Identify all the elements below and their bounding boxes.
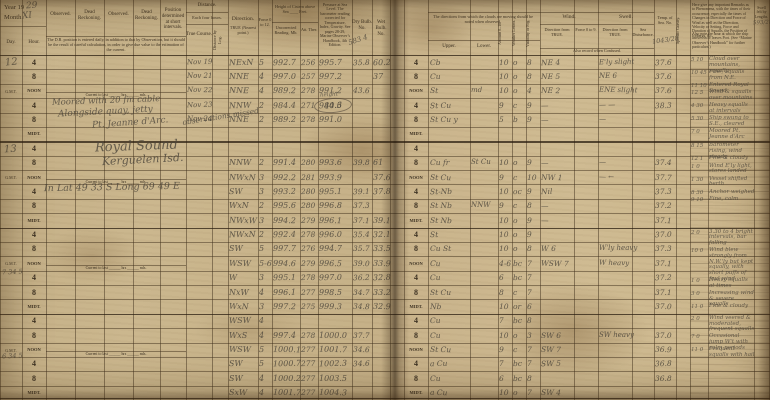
log-entry-att: 280: [301, 158, 315, 167]
header-uncorrected: Uncorrected Reading. Mb.: [272, 26, 300, 36]
log-entry-force: 4: [259, 331, 264, 340]
log-entry-dir: NNW: [229, 158, 251, 167]
log-entry-vis: 8: [527, 201, 532, 210]
log-entry-baro: 1001.7: [273, 388, 301, 398]
log-entry-sea: 37.6: [655, 57, 672, 66]
grid-line: [392, 386, 770, 387]
log-entry-pres: 997.0: [319, 273, 342, 283]
header-swell-direction: Direction from TRUE.: [598, 28, 632, 38]
log-entry-upper: Nb: [430, 302, 442, 311]
log-entry-force: 3: [259, 187, 264, 196]
log-entry-swell: NE 6: [599, 72, 617, 80]
header-distance: Distance.: [186, 3, 228, 9]
grid-line: [0, 242, 392, 243]
hour-label: 8: [22, 244, 46, 253]
remark-time: 4 30: [691, 103, 707, 109]
day2-annotation: 13: [4, 144, 17, 156]
header-clouds-lower: Lower.: [470, 44, 498, 50]
log-entry-wind: —: [541, 158, 549, 167]
log-entry-upper: a Cu: [430, 388, 448, 397]
log-entry-force: 4: [259, 316, 264, 325]
hour-label: 8: [22, 158, 46, 167]
log-entry-dir: NWxN: [229, 230, 256, 240]
grid-line: [0, 0, 1, 400]
log-entry-lower: md: [471, 86, 482, 94]
log-entry-baro: 984.4: [273, 100, 296, 110]
log-entry-amt: 6: [499, 273, 504, 282]
page-binding: [381, 0, 409, 400]
log-entry-pres: 994.7: [319, 244, 342, 253]
remark-text: Anchor weighed: [709, 190, 755, 196]
grid-line: [46, 265, 186, 266]
log-entry-wx: c: [513, 288, 517, 297]
remark-text: Fine & cloudy: [709, 304, 755, 310]
log-entry-pres: 1000.0: [319, 331, 347, 340]
log-entry-dir: SW: [229, 187, 243, 196]
log-entry-upper: a Cu: [430, 359, 448, 368]
log-entry-wind: NE 4: [541, 57, 560, 66]
log-entry-dry: 43.6: [353, 86, 370, 95]
log-entry-amt: 7: [499, 316, 504, 325]
log-entry-pres: 996.0: [319, 230, 342, 240]
header-wind: Wind.: [540, 14, 598, 20]
header-confused-note: Also record when Confused.: [540, 49, 654, 54]
log-entry-dry: 34.8: [353, 302, 370, 311]
grid-line: [0, 285, 392, 286]
remark-text: Heavy squalls at intervals: [709, 103, 755, 115]
hour-label: NOON: [22, 88, 46, 93]
grid-line: [0, 343, 392, 344]
log-entry-upper: Cu: [430, 259, 441, 268]
header-dr-note: The D.R. position is entered daily, in a…: [47, 38, 185, 52]
hour-label: NOON: [22, 347, 46, 352]
log-entry-upper: St: [430, 230, 438, 239]
remark-time: 3 0: [691, 291, 707, 297]
log-entry-dir: SW: [229, 374, 243, 383]
log-entry-dir: W: [229, 273, 237, 282]
log-entry-upper: St Nb: [430, 201, 452, 210]
log-entry-wx: o: [513, 72, 518, 81]
log-entry-swell: —: [599, 115, 606, 123]
log-entry-sea: 37.0: [655, 230, 672, 239]
log-entry-force: 4: [259, 388, 264, 397]
remark-text: Fine, calm: [709, 197, 755, 203]
grid-line: [392, 213, 770, 214]
log-entry-amt: 6: [499, 374, 504, 383]
remark-text: Heavy squalls at times: [709, 278, 755, 290]
log-entry-vis: 7: [527, 273, 532, 282]
log-entry-upper: St Cu: [430, 345, 451, 354]
log-entry-amt: 10: [499, 72, 509, 81]
log-entry-baro: 1000.7: [273, 359, 301, 369]
grid-line: [186, 12, 228, 13]
log-entry-vis: 3: [527, 331, 532, 340]
remark-time: 12 1: [691, 156, 707, 162]
log-entry-swell: — —: [599, 100, 615, 108]
log-entry-vis: 9: [527, 101, 532, 110]
log-entry-baro: 995.6: [273, 201, 296, 210]
header-temp-sea: Temp. of Sea. No.: [654, 16, 676, 26]
log-entry-wx: or: [513, 302, 521, 311]
log-entry-wx: c: [513, 345, 517, 354]
log-entry-force: 5: [259, 359, 264, 368]
log-entry-wind: W 6: [541, 244, 556, 253]
log-entry-vis: 6: [527, 302, 532, 311]
log-entry-force: 4: [259, 374, 264, 383]
header-wind-force: Force 0 to 9.: [574, 28, 598, 33]
log-entry-baro: 996.1: [273, 288, 296, 297]
hour-label: 4: [22, 230, 46, 239]
log-entry-att: 256: [301, 57, 316, 66]
hour-label: MIDT.: [22, 390, 46, 395]
log-entry-sea: 37.3: [655, 187, 672, 196]
grid-line: [392, 398, 770, 399]
log-entry-vis: 4: [527, 86, 532, 95]
log-entry-vis: 9: [527, 158, 532, 167]
grid-line: [272, 22, 318, 23]
log-entry-wx: o: [513, 57, 518, 66]
remark-time: 11 10: [691, 83, 707, 89]
log-entry-lower: St Cu: [471, 158, 491, 166]
grid-line: [46, 0, 47, 400]
log-entry-sea: 36.8: [655, 374, 672, 383]
log-entry-wind: SW 6: [541, 331, 561, 340]
hour-label: MIDT.: [22, 218, 46, 223]
log-entry-att: 278: [301, 230, 316, 239]
header-att-ther: Att. Ther.: [300, 28, 318, 33]
log-entry-swell: ENE slight: [599, 86, 638, 95]
header-dr-lat: Dead Reckoning.: [75, 10, 104, 22]
current-note: Current to last ______ hrs ______ mls.: [48, 266, 184, 270]
remark-time: 2 0: [691, 316, 707, 322]
grid-line: [0, 156, 392, 157]
log-entry-att: 277: [301, 388, 316, 397]
log-entry-baro: 991.4: [273, 158, 296, 167]
log-entry-att: 276: [301, 244, 315, 253]
grid-line: [0, 299, 392, 300]
header-weather-letters: Weather Letters.: [512, 14, 526, 52]
log-entry-force: 4: [259, 288, 264, 297]
remark-text: Wind E'ly light, stores landed: [709, 164, 755, 176]
header-each-four-hours: Each four hours.: [186, 15, 228, 20]
log-entry-dir: SW: [229, 359, 243, 368]
log-entry-vis: 10: [527, 172, 537, 181]
hour-label: 4: [22, 273, 46, 282]
log-entry-vis: 9: [527, 115, 532, 124]
hour-column-label: Hour.: [22, 40, 46, 46]
remark-time: 1 0: [691, 164, 707, 170]
log-entry-pres: 1002.3: [319, 359, 347, 369]
log-entry-amt: 5: [499, 115, 504, 124]
log-entry-pres: 999.3: [319, 302, 342, 312]
header-observed-long: Observed.: [104, 12, 133, 18]
log-entry-dir: WSW: [229, 259, 251, 268]
log-entry-amt: 9: [499, 172, 504, 181]
remark-text: Moored Pt. Jeanne d'Arc: [709, 129, 755, 141]
log-entry-upper: Cu St: [430, 244, 451, 253]
log-entry-upper: Cu: [430, 316, 441, 325]
right-page: The directions from which the clouds are…: [392, 0, 770, 400]
log-entry-vis: 9: [527, 187, 532, 196]
log-entry-wind: —: [541, 216, 549, 225]
log-entry-wx: o: [513, 388, 518, 397]
log-entry-baro: 1000.1: [273, 345, 301, 355]
log-entry-sea: 37.4: [655, 158, 672, 167]
log-entry-upper: St Nb: [430, 215, 452, 224]
log-entry-sea: 36.9: [655, 345, 672, 354]
remark-text: Wind & squalls over mountains: [709, 90, 755, 102]
log-entry-dry: 35.4: [353, 230, 370, 239]
log-entry-dir: SxW: [229, 388, 247, 397]
grid-line: [0, 314, 392, 315]
header-remarks-note2: Also note the hour at which the ship arr…: [692, 32, 752, 50]
hour-label: 4: [22, 316, 46, 325]
log-entry-dry: 34.6: [353, 359, 370, 368]
log-entry-att: 279: [301, 215, 316, 224]
log-entry-sea: 37.3: [655, 244, 672, 253]
log-entry-att: 277: [301, 345, 316, 354]
day1-annotation: 12: [4, 56, 18, 68]
log-entry-vis: 8: [527, 374, 532, 383]
header-barometer: Height of Cistern above Sea ____ Feet.: [272, 5, 318, 15]
log-entry-wind: SW 5: [541, 359, 561, 368]
remark-time: 1 0: [691, 278, 707, 284]
log-entry-dry: 39.1: [353, 187, 370, 196]
gmt3-annotation: 7 34 5: [2, 267, 23, 276]
grid-line: [0, 170, 392, 171]
log-entry-dry: 36.2: [353, 273, 370, 282]
log-entry-force: 4: [259, 86, 264, 95]
log-entry-wx: oc: [513, 187, 522, 196]
log-entry-baro: 994.6: [273, 258, 296, 268]
grid-line: [46, 351, 186, 352]
log-entry-force: 2: [259, 101, 264, 110]
grid-line: [0, 84, 392, 85]
header-cloud-amount: Amount 0–10.: [498, 14, 512, 52]
log-entry-att: 278: [301, 331, 315, 340]
grid-line: [540, 12, 654, 13]
remark-text: 3.30 to 4 bright intervals, bar falling: [709, 230, 755, 247]
log-entry-wind: —: [541, 115, 549, 124]
log-entry-sea: 37.2: [655, 201, 672, 210]
grid-line: [46, 36, 186, 37]
log-entry-amt: 9: [499, 345, 504, 354]
log-entry-dir: NExN: [229, 57, 254, 67]
log-entry-baro: 992.4: [273, 230, 296, 240]
remark-text: Ship swung to S.E., cleared: [709, 116, 755, 128]
log-entry-swell: W heavy: [599, 258, 629, 267]
log-entry-upper: St Cu: [430, 100, 451, 109]
hour-label: 4: [22, 187, 46, 196]
hour-label: 4: [22, 359, 46, 368]
header-dry-bulb: Dry Bulb. No.: [352, 20, 372, 32]
log-entry-upper: Cu: [430, 273, 441, 282]
log-entry-baro: 993.2: [273, 187, 296, 197]
hour-label: NOON: [22, 175, 46, 180]
log-entry-att: 280: [301, 187, 316, 196]
log-entry-baro: 995.1: [273, 273, 296, 283]
grid-line: [133, 0, 134, 400]
grid-line: [392, 371, 770, 372]
log-entry-wind: SW 7: [541, 345, 561, 354]
log-entry-dir: NxW: [229, 288, 249, 297]
log-entry-pres: 995.1: [319, 187, 342, 197]
log-entry-force: 5-6: [259, 259, 272, 268]
log-entry-pres: 996.8: [319, 201, 342, 210]
remark-text: Vessel shifted berth: [709, 177, 755, 189]
hour-label: 4: [22, 144, 46, 153]
log-entry-force: 5: [259, 345, 264, 354]
log-entry-dir: WSW: [229, 345, 251, 354]
grid-line: [186, 24, 228, 25]
log-entry-upper: St: [430, 86, 438, 95]
logbook-scan: Year 19 Month Day. Hour. Observed. Dead …: [0, 0, 770, 400]
grid-line: [160, 0, 161, 400]
grid-line: [428, 40, 540, 41]
log-entry-baro: 992.7: [273, 57, 296, 67]
log-entry-att: 277: [301, 288, 315, 297]
log-entry-dir: NWxW: [229, 215, 257, 225]
log-entry-sea: 37.0: [655, 302, 672, 311]
log-entry-swell: E'ly slight: [599, 57, 635, 66]
remark-time: 5 30: [691, 116, 707, 122]
log-entry-pres: 1004.3: [319, 388, 347, 398]
header-visibility: Visibility or Fog.: [526, 14, 540, 52]
log-entry-course: Nov 19: [187, 57, 213, 66]
log-entry-pres: 996.1: [319, 215, 342, 225]
log-entry-wind: Nil: [541, 187, 553, 196]
log-entry-dry: 34.7: [353, 288, 370, 297]
log-entry-dir: WxN: [229, 302, 249, 311]
log-entry-amt: 10: [499, 302, 509, 311]
log-entry-swell: W'ly heavy: [599, 244, 637, 252]
grid-line: [428, 12, 540, 13]
grid-line: [0, 328, 392, 329]
log-entry-amt: 9: [499, 201, 504, 210]
grid-line: [0, 127, 392, 128]
log-entry-baro: 997.4: [273, 331, 296, 340]
log-entry-sea: 36.8: [655, 359, 672, 368]
log-entry-vis: 7: [527, 359, 532, 368]
log-entry-amt: 10: [499, 86, 509, 95]
log-entry-amt: 9: [499, 101, 504, 110]
gmt-label: G.M.T.: [0, 89, 22, 94]
log-entry-att: 278: [301, 86, 316, 95]
hour-label: 8: [22, 331, 46, 340]
log-entry-vis: 8: [527, 57, 532, 66]
grid-line: [0, 271, 392, 272]
log-entry-dry: 34.6: [353, 345, 370, 354]
remark-time: 11 0: [691, 347, 707, 353]
log-entry-swell: SW heavy: [599, 331, 634, 339]
header-swell: Swell.: [598, 14, 654, 20]
log-entry-wx: o: [513, 244, 518, 253]
log-entry-vis: 9: [527, 230, 532, 239]
log-entry-sea: 37.1: [655, 288, 672, 297]
log-entry-sea: 37.6: [655, 72, 672, 81]
log-entry-amt: 4-6: [499, 259, 511, 268]
log-entry-baro: 997.2: [273, 302, 296, 312]
log-entry-att: 277: [301, 374, 315, 383]
header-swell-disturbance: Sea Disturbance.: [632, 28, 654, 38]
remark-time: 8 15: [691, 143, 707, 149]
log-entry-upper: Cu fr: [430, 158, 449, 167]
remark-text: Wind veered & moderated, frequent squall…: [709, 316, 755, 333]
log-entry-dry: 39.0: [353, 259, 370, 268]
log-entry-baro: 997.0: [273, 72, 296, 81]
log-entry-wx: o: [513, 86, 518, 95]
log-entry-vis: 8: [527, 244, 532, 253]
log-entry-pres: 993.9: [319, 172, 342, 182]
log-entry-sea: 37.2: [655, 273, 672, 282]
header-direction-sub: TRUE (Nearest point.): [228, 26, 258, 36]
log-entry-att: 280: [301, 201, 315, 210]
log-entry-swell: —: [599, 158, 606, 166]
header-clouds-upper: Upper.: [428, 44, 470, 50]
log-entry-force: 5: [259, 244, 264, 253]
header-distance-by-log: Distance by Log.: [213, 26, 227, 54]
log-entry-course: Nov 21: [187, 72, 212, 80]
log-entry-amt: 10: [499, 388, 509, 397]
log-entry-lower: NNW: [471, 201, 490, 209]
hour-label: 4: [22, 101, 46, 110]
log-entry-baro: 994.2: [273, 215, 296, 225]
month-label: Month: [4, 14, 21, 21]
log-entry-dry: 39.8: [353, 158, 370, 167]
log-entry-force: 3: [259, 273, 264, 282]
remark-time: 10 45: [691, 70, 707, 76]
remark-time: 11 0: [691, 304, 707, 310]
log-entry-dir: NNE: [229, 72, 249, 81]
log-entry-force: 2: [259, 201, 264, 210]
log-entry-vis: 7: [527, 388, 532, 397]
log-entry-att: 281: [301, 172, 316, 181]
header-specific-gravity: Specific Gravity.: [676, 10, 690, 50]
log-entry-baro: 997.7: [273, 244, 296, 253]
remark-time: 7 0: [691, 334, 707, 340]
log-entry-force: 2: [259, 115, 264, 124]
log-entry-pres: 991.0: [319, 115, 342, 124]
log-entry-sea: 37.6: [655, 86, 672, 95]
grid-line: [0, 398, 392, 399]
log-entry-dir: WSW: [229, 316, 251, 325]
log-entry-wind: NW 1: [541, 172, 563, 181]
remark-time: 10 0: [691, 248, 707, 254]
log-entry-upper: Cu: [430, 72, 441, 81]
log-entry-pres: 1003.5: [319, 374, 347, 383]
log-entry-wx: o: [513, 158, 518, 167]
month-annotation: XI: [22, 11, 33, 22]
log-entry-dry: 37.3: [353, 201, 370, 210]
remark-text: Fine & cloudy: [709, 156, 755, 162]
log-entry-wx: bc: [513, 259, 522, 268]
log-entry-wx: bc: [513, 359, 522, 368]
remark-time: 7 0: [691, 129, 707, 135]
grid-line: [428, 0, 429, 400]
log-entry-wind: SW 4: [541, 388, 561, 397]
gmt4-annotation: 6 34 5: [2, 351, 23, 360]
log-entry-vis: 7: [527, 288, 532, 297]
log-entry-upper: Cu: [430, 374, 441, 383]
log-entry-wx: bc: [513, 374, 522, 383]
log-entry-wind: NE 2: [541, 86, 560, 95]
grid-line: [0, 141, 392, 142]
year-annotation: 29: [26, 1, 38, 12]
log-entry-sea: 37.1: [655, 215, 672, 224]
log-entry-sea: 37.7: [655, 172, 672, 181]
gmt-label: G.M.T.: [0, 261, 22, 266]
remark-time: 2 0: [691, 230, 707, 236]
